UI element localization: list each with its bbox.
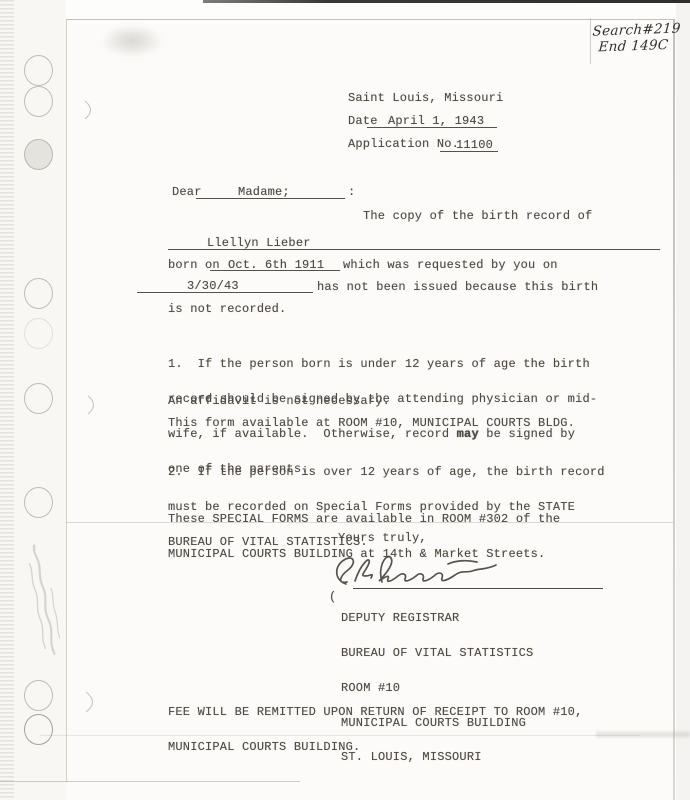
paragraph-1-line1: 1. If the person born is under 12 years … [168,359,597,371]
salutation-colon: : [348,186,355,198]
fee-notice-line1: FEE WILL BE REMITTED UPON RETURN OF RECE… [168,707,582,719]
not-issued-text: has not been issued because this birth [317,281,598,293]
date-value: April 1, 1943 [388,115,484,127]
not-recorded-text: is not recorded. [168,303,286,315]
vertical-stamp [26,544,62,656]
paren-mark: ( [329,591,336,603]
record-name: Llellyn Lieber [207,237,311,249]
page-curl-mark [86,692,93,712]
requested-by-text: which was requested by you on [343,259,558,271]
fee-notice: FEE WILL BE REMITTED UPON RETURN OF RECE… [168,684,582,765]
recipient-name: Madame; [238,186,290,198]
birth-date: Oct. 6th 1911 [228,259,324,271]
intro-text: The copy of the birth record of [363,210,592,222]
application-label: Application No. [348,138,459,150]
handwritten-note-line2: End 149C [591,36,684,55]
fee-notice-line2: MUNICIPAL COURTS BUILDING. [168,742,582,754]
handwritten-note-line1: Search#219 [592,20,685,39]
signature [330,550,510,592]
request-date: 3/30/43 [187,280,239,292]
page-curl-mark [88,396,94,414]
application-value: 11100 [456,139,493,151]
dear-label: Dear [172,186,202,198]
handwritten-note: Search#219 End 149C [591,20,685,55]
date-label: Date [348,115,378,127]
signer-title-line: BUREAU OF VITAL STATISTICS [341,648,533,660]
paragraph-2-line1: 2. If the person is over 12 years of age… [168,467,605,479]
signer-title-line: DEPUTY REGISTRAR [341,613,533,625]
signature-underline [353,588,603,589]
valediction: Yours truly, [338,532,427,544]
form-available-text: This form available at ROOM #10, MUNICIP… [168,417,575,429]
letter-city: Saint Louis, Missouri [348,92,503,104]
special-forms-line1: These SPECIAL FORMS are available in ROO… [168,514,560,526]
paragraph-1-line3: wife, if available. Otherwise, record ma… [168,429,597,441]
page-curl-mark [85,101,91,119]
affidavit-text: An affidavit is not necessary. [168,395,390,407]
